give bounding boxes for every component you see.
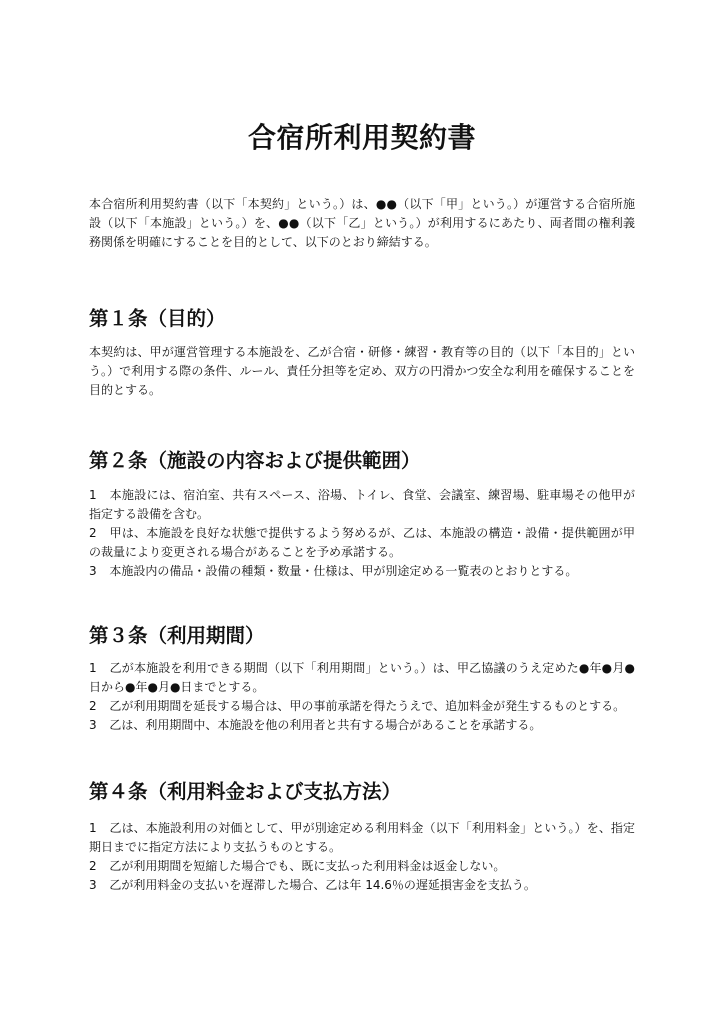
article-2-heading: 第２条（施設の内容および提供範囲）: [89, 445, 421, 473]
article-3-item-2: 2乙が利用期間を延長する場合は、甲の事前承諾を得たうえで、追加料金が発生するもの…: [89, 697, 635, 716]
article-4-items: 1乙は、本施設利用の対価として、甲が別途定める利用料金（以下「利用料金」という。…: [89, 819, 635, 895]
article-1-heading: 第１条（目的）: [89, 303, 226, 331]
article-3-item-3: 3乙は、利用期間中、本施設を他の利用者と共有する場合があることを承諾する。: [89, 716, 635, 735]
article-2-items: 1本施設には、宿泊室、共有スペース、浴場、トイレ、食堂、会議室、練習場、駐車場そ…: [89, 486, 635, 581]
document-page: 合宿所利用契約書 本合宿所利用契約書（以下「本契約」という。）は、●●（以下「甲…: [0, 0, 724, 1024]
article-1-body: 本契約は、甲が運営管理する本施設を、乙が合宿・研修・練習・教育等の目的（以下「本…: [89, 343, 635, 400]
article-4-item-1: 1乙は、本施設利用の対価として、甲が別途定める利用料金（以下「利用料金」という。…: [89, 819, 635, 857]
article-3-heading: 第３条（利用期間）: [89, 620, 265, 648]
article-3-item-1: 1乙が本施設を利用できる期間（以下「利用期間」という。）は、甲乙協議のうえ定めた…: [89, 659, 635, 697]
article-4-heading: 第４条（利用料金および支払方法）: [89, 776, 401, 804]
article-4-item-2: 2乙が利用期間を短縮した場合でも、既に支払った利用料金は返金しない。: [89, 857, 635, 876]
preamble-text: 本合宿所利用契約書（以下「本契約」という。）は、●●（以下「甲」という。）が運営…: [89, 195, 635, 252]
article-2-item-3: 3本施設内の備品・設備の種類・数量・仕様は、甲が別途定める一覧表のとおりとする。: [89, 562, 635, 581]
document-title: 合宿所利用契約書: [0, 116, 724, 156]
article-2-item-1: 1本施設には、宿泊室、共有スペース、浴場、トイレ、食堂、会議室、練習場、駐車場そ…: [89, 486, 635, 524]
article-3-items: 1乙が本施設を利用できる期間（以下「利用期間」という。）は、甲乙協議のうえ定めた…: [89, 659, 635, 735]
article-2-item-2: 2甲は、本施設を良好な状態で提供するよう努めるが、乙は、本施設の構造・設備・提供…: [89, 524, 635, 562]
article-4-item-3: 3乙が利用料金の支払いを遅滞した場合、乙は年 14.6％の遅延損害金を支払う。: [89, 876, 635, 895]
